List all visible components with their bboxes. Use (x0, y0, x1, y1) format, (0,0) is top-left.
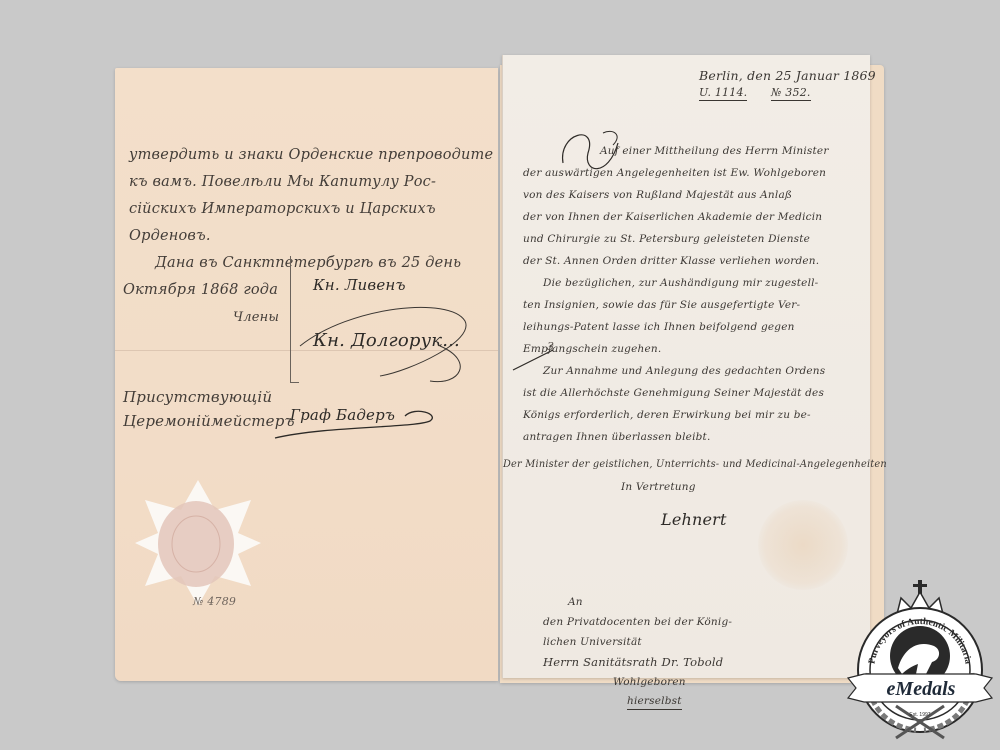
wax-seal-icon (133, 478, 263, 608)
ru-text-line-3: сiйскихъ Императорскихъ и Царскихъ (129, 196, 436, 223)
ru-text-line-1: утвердить и знаки Орденские препроводите (129, 142, 493, 169)
body-line-7: Die bezüglichen, zur Aushändigung mir zu… (543, 272, 818, 295)
address-line-6: hierselbst (627, 693, 682, 710)
ru-text-line-2: къ вамъ. Повелѣли Мы Капитулу Рос- (129, 169, 436, 196)
body-line-6: der St. Annen Orden dritter Klasse verli… (523, 250, 819, 273)
body-line-12: ist die Allerhöchste Genehmigung Seiner … (523, 382, 824, 405)
body-line-14: antragen Ihnen überlassen bleibt. (523, 426, 711, 449)
body-line-8: ten Insignien, sowie das für Sie ausgefe… (523, 294, 800, 317)
faint-stamp (758, 500, 848, 590)
margin-mark: 3 (547, 340, 554, 353)
signature-flourish-icon (290, 286, 490, 396)
logo-established: Est. 1997 (909, 712, 930, 718)
body-line-13: Königs erforderlich, deren Erwirkung bei… (523, 404, 811, 427)
attending-label-1: Присутствующiй (123, 384, 272, 411)
closing-sub: In Vertretung (621, 476, 696, 499)
ru-date-line: Дана въ Санктпетербургѣ въ 25 день (155, 250, 461, 277)
attending-flourish-icon (265, 386, 445, 446)
members-label: Члены (233, 304, 279, 331)
emedals-badge-icon: Purveyors of Authentic Militaria Est. 19… (846, 578, 996, 748)
body-line-2: der auswärtigen Angelegenheiten ist Ew. … (523, 162, 826, 185)
minister-signature: Lehnert (661, 510, 727, 529)
logo-brand-text: eMedals (846, 678, 996, 701)
closing-line: Der Minister der geistlichen, Unterricht… (503, 454, 887, 477)
ru-text-line-4: Орденовъ. (129, 223, 211, 250)
right-page-german: Berlin, den 25 Januar 1869 U. 1114. № 35… (502, 55, 870, 678)
header-ref-1: U. 1114. (699, 85, 747, 101)
body-line-4: der von Ihnen der Kaiserlichen Akademie … (523, 206, 822, 229)
body-line-9: leihungs-Patent lasse ich Ihnen beifolge… (523, 316, 795, 339)
emedals-logo: Purveyors of Authentic Militaria Est. 19… (846, 578, 996, 748)
left-page-russian: утвердить и знаки Орденские препроводите… (115, 68, 498, 681)
address-line-5: Wohlgeboren (613, 671, 686, 694)
body-line-3: von des Kaisers von Rußland Majestät aus… (523, 184, 792, 207)
body-line-5: und Chirurgie zu St. Petersburg geleiste… (523, 228, 810, 251)
body-line-1: Auf einer Mittheilung des Herrn Minister (600, 140, 829, 163)
header-ref-2: № 352. (771, 85, 811, 101)
registration-number: № 4789 (193, 595, 236, 608)
ru-date-year: Октября 1868 года (123, 277, 278, 304)
body-line-11: Zur Annahme und Anlegung des gedachten O… (543, 360, 825, 383)
